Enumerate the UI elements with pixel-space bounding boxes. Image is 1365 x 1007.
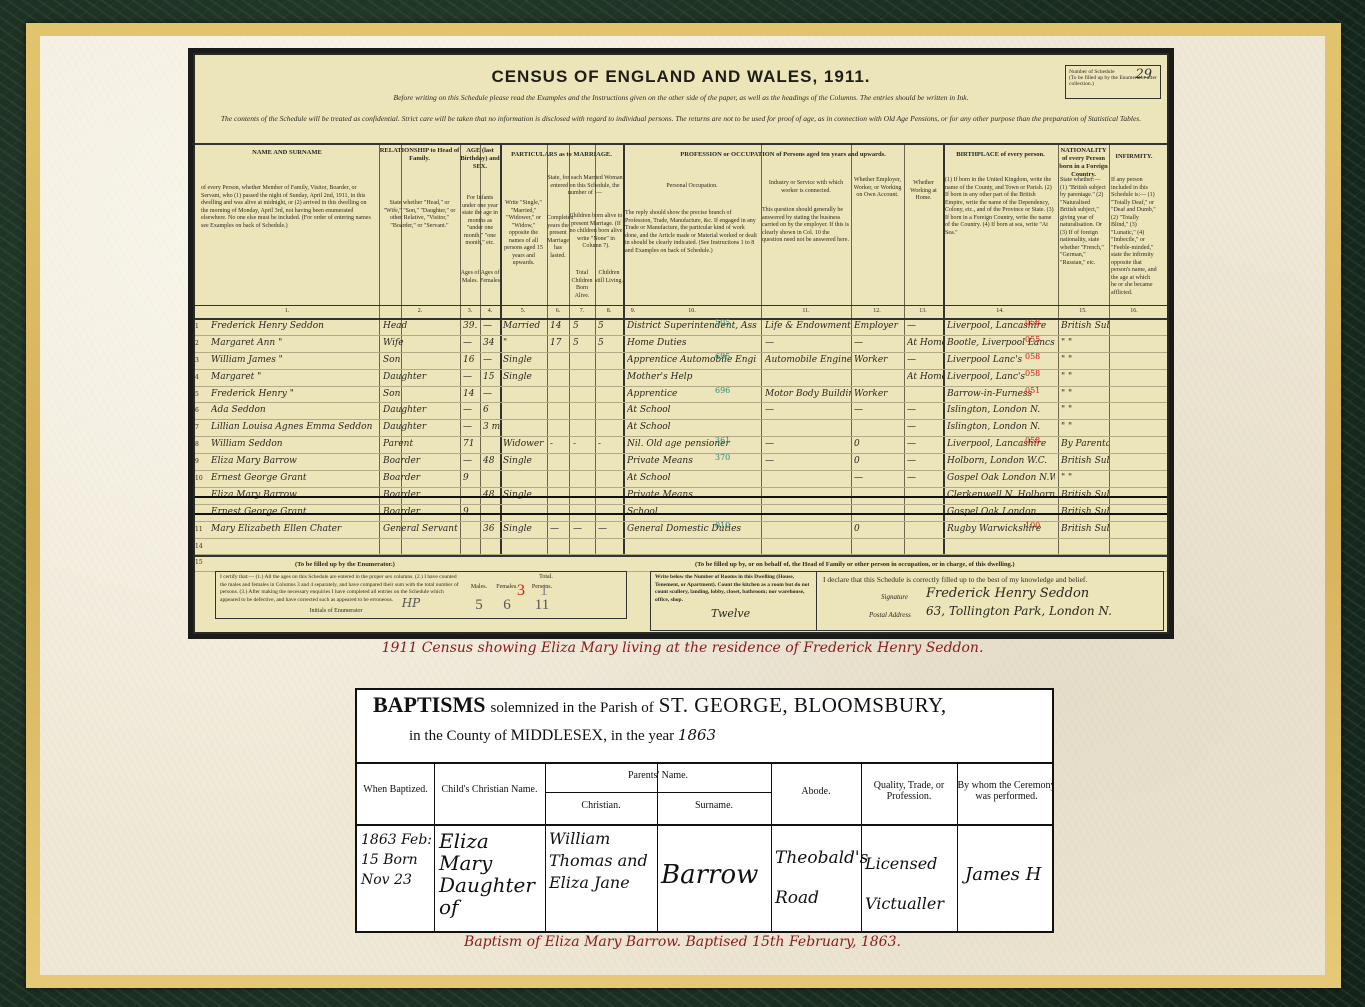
baptism-subheading: in the County of MIDDLESEX, in the year …: [409, 726, 716, 745]
cell-birth_code: 058: [1025, 352, 1040, 361]
rooms-count: Twelve: [711, 610, 750, 618]
cell-industry: —: [765, 439, 851, 449]
cell-occ: Apprentice: [627, 389, 757, 399]
cell-marital: ": [503, 338, 547, 348]
column-number: 11.: [800, 308, 812, 314]
cell-male: —: [463, 456, 481, 466]
cell-female: 6: [483, 405, 501, 415]
cell-name: Eliza Mary Barrow: [211, 490, 379, 500]
census-intro: Before writing on this Schedule please r…: [195, 93, 1167, 102]
cell-marital: Single: [503, 524, 547, 534]
cell-marital: Married: [503, 321, 547, 331]
census-row: 3William James "Son16—SingleApprentice A…: [195, 353, 1167, 370]
cell-name: Ada Seddon: [211, 405, 379, 415]
cell-birth: Islington, London N.: [947, 422, 1055, 432]
cell-male: 9: [463, 507, 481, 517]
cell-occ_code: 695: [715, 352, 730, 361]
census-rows: 1Frederick Henry SeddonHead39.—Married14…: [195, 319, 1167, 572]
census-row: 1Frederick Henry SeddonHead39.—Married14…: [195, 319, 1167, 336]
cell-home: —: [907, 355, 943, 365]
cell-home: —: [907, 321, 943, 331]
cell-rel: Wife: [383, 338, 459, 348]
cell-industry: Motor Body Building: [765, 389, 851, 399]
head-declaration-box: Write below the Number of Rooms in this …: [650, 571, 1164, 631]
cell-total: -: [573, 439, 595, 449]
cell-name: Frederick Henry Seddon: [211, 321, 379, 331]
baptism-table: When Baptized. Child's Christian Name. P…: [357, 762, 1052, 931]
cell-rel: Boarder: [383, 473, 459, 483]
cell-male: 14: [463, 389, 481, 399]
cell-living: 5: [598, 338, 622, 348]
cell-industry: —: [765, 338, 851, 348]
cell-emp: —: [854, 473, 904, 483]
cell-n: 9: [195, 458, 209, 465]
cell-rel: Son: [383, 389, 459, 399]
header-infirmity: INFIRMITY.: [1109, 153, 1159, 161]
cell-n: 7: [195, 424, 209, 431]
cell-total: 5: [573, 321, 595, 331]
header-nationality: NATIONALITY of every Person born in a Fo…: [1058, 147, 1109, 179]
cell-male: 16: [463, 355, 481, 365]
cell-yrs: —: [550, 524, 568, 534]
cell-nat: British Subject by parentage: [1061, 524, 1109, 534]
cell-industry: Life & Endowment Assurance: [765, 321, 851, 331]
cell-male: —: [463, 405, 481, 415]
census-footer: (To be filled up by the Enumerator.) I c…: [195, 555, 1167, 632]
cell-female: 15: [483, 372, 501, 382]
cell-birth_code: 058: [1025, 436, 1040, 445]
cell-nat: British Subject: [1061, 507, 1109, 517]
cell-emp: 0: [854, 456, 904, 466]
cell-nat: " ": [1061, 338, 1109, 348]
cell-rel: Boarder: [383, 456, 459, 466]
census-row: Eliza Mary BarrowBoarder48SinglePrivate …: [195, 488, 1167, 505]
cell-occ: School: [627, 507, 757, 517]
cell-n: 1: [195, 323, 209, 330]
column-number: 6.: [552, 308, 564, 314]
column-number: 10.: [686, 308, 698, 314]
cell-rel: Parent: [383, 439, 459, 449]
column-number: 16.: [1128, 308, 1140, 314]
cell-marital: Widower: [503, 439, 547, 449]
column-number: 13.: [917, 308, 929, 314]
cell-female: —: [483, 355, 501, 365]
cell-nat: British Subject: [1061, 490, 1109, 500]
column-number: 14.: [994, 308, 1006, 314]
cell-emp: 0: [854, 439, 904, 449]
cell-occ_code: 370: [715, 453, 730, 462]
cell-rel: Head: [383, 321, 459, 331]
cell-home: —: [907, 422, 943, 432]
cell-occ_code: 010: [715, 521, 730, 530]
census-table: NAME AND SURNAME of every Person, whethe…: [195, 143, 1167, 557]
cell-rel: Daughter: [383, 405, 459, 415]
cell-rel: Daughter: [383, 422, 459, 432]
column-number: 3.: [464, 308, 476, 314]
census-image: CENSUS OF ENGLAND AND WALES, 1911. Befor…: [188, 48, 1174, 639]
cell-occ: At School: [627, 405, 757, 415]
cell-occ: Apprentice Automobile Engineering: [627, 355, 757, 365]
gold-frame: CENSUS OF ENGLAND AND WALES, 1911. Befor…: [26, 23, 1341, 988]
census-row: 9Eliza Mary BarrowBoarder—48SinglePrivat…: [195, 454, 1167, 471]
cell-occ: At School: [627, 473, 757, 483]
cell-name: Margaret ": [211, 372, 379, 382]
cell-birth_code: 058: [1025, 318, 1040, 327]
cell-yrs: -: [550, 439, 568, 449]
cell-total: 5: [573, 338, 595, 348]
cell-occ_code: 696: [715, 386, 730, 395]
cell-birth_code: 055: [1025, 335, 1040, 344]
column-number: 7.: [576, 308, 588, 314]
baptism-register-image: BAPTISMS solemnized in the Parish of ST.…: [355, 688, 1054, 933]
cell-occ: Private Means: [627, 456, 757, 466]
cell-total: —: [573, 524, 595, 534]
census-row: 6Ada SeddonDaughter—6At School———Islingt…: [195, 403, 1167, 420]
cell-name: Ernest George Grant: [211, 473, 379, 483]
baptism-date: 1863 Feb: 15 Born Nov 23: [361, 830, 433, 890]
cell-industry: —: [765, 405, 851, 415]
header-name: NAME AND SURNAME: [195, 149, 379, 157]
cell-yrs: 14: [550, 321, 568, 331]
cell-industry: Automobile Engineering: [765, 355, 851, 365]
cell-nat: " ": [1061, 355, 1109, 365]
cell-birth: Holborn, London W.C.: [947, 456, 1055, 466]
cell-birth: Islington, London N.: [947, 405, 1055, 415]
cell-rel: Son: [383, 355, 459, 365]
cell-n: 3: [195, 357, 209, 364]
census-row: 10Ernest George GrantBoarder9At School——…: [195, 471, 1167, 488]
cell-occ_code: 505: [715, 318, 730, 327]
census-row: 11Mary Elizabeth Ellen ChaterGeneral Ser…: [195, 522, 1167, 539]
cell-nat: " ": [1061, 422, 1109, 432]
cell-female: 48: [483, 456, 501, 466]
cell-name: Frederick Henry ": [211, 389, 379, 399]
cell-n: 8: [195, 441, 209, 448]
cell-marital: Single: [503, 355, 547, 365]
cell-birth: Gospel Oak London N.W.: [947, 473, 1055, 483]
cell-female: —: [483, 321, 501, 331]
total-males: 5: [466, 596, 492, 614]
cell-emp: —: [854, 338, 904, 348]
postal-address: 63, Tollington Park, London N.: [926, 608, 1112, 616]
cell-name: Margaret Ann ": [211, 338, 379, 348]
column-number: 1.: [281, 308, 293, 314]
cell-birth: Clerkenwell N. Holborn: [947, 490, 1055, 500]
cell-marital: Single: [503, 372, 547, 382]
column-number: 8.: [603, 308, 615, 314]
cell-female: 48: [483, 490, 501, 500]
cell-name: Lillian Louisa Agnes Emma Seddon: [211, 422, 379, 432]
child-name: Eliza Mary Daughter of: [439, 830, 543, 918]
cell-rel: Daughter: [383, 372, 459, 382]
column-number: 9.: [627, 308, 639, 314]
schedule-number: 29: [1135, 67, 1152, 82]
cell-female: 36: [483, 524, 501, 534]
cell-occ_code: 361: [715, 436, 730, 445]
census-confidential-note: The contents of the Schedule will be tre…: [205, 113, 1157, 124]
cell-rel: Boarder: [383, 490, 459, 500]
cell-name: William Seddon: [211, 439, 379, 449]
parents-christian: William Thomas and Eliza Jane: [549, 828, 655, 894]
cell-name: Eliza Mary Barrow: [211, 456, 379, 466]
cell-living: 5: [598, 321, 622, 331]
cell-rel: General Servant: [383, 524, 459, 534]
cell-living: -: [598, 439, 622, 449]
cell-female: 34: [483, 338, 501, 348]
column-number: 12.: [871, 308, 883, 314]
census-row: Ernest George GrantBoarder9SchoolGospel …: [195, 505, 1167, 522]
cell-occ: Private Means: [627, 490, 757, 500]
cell-n: 11: [195, 526, 209, 533]
column-number: 2.: [414, 308, 426, 314]
cell-occ: District Superintendent, Assurance: [627, 321, 757, 331]
cell-female: —: [483, 389, 501, 399]
census-row: 8William SeddonParent71Widower---Nil. Ol…: [195, 437, 1167, 454]
cell-home: —: [907, 456, 943, 466]
cell-marital: Single: [503, 456, 547, 466]
census-title: CENSUS OF ENGLAND AND WALES, 1911.: [195, 67, 1167, 87]
officiant: James H: [965, 864, 1054, 886]
cell-n: 4: [195, 374, 209, 381]
cell-nat: By Parentage British Subject: [1061, 439, 1109, 449]
header-marriage: PARTICULARS as to MARRIAGE.: [500, 151, 623, 159]
cell-female: 3 months: [483, 422, 501, 432]
column-number-row: 1.2.3.4.5.6.7.8.9.10.11.12.13.14.15.16.: [195, 305, 1167, 320]
cell-emp: 0: [854, 524, 904, 534]
cell-n: 14: [195, 543, 209, 550]
cell-nat: British Subject by parentage: [1061, 456, 1109, 466]
cell-n: 6: [195, 407, 209, 414]
cell-home: At Home: [907, 372, 943, 382]
cell-occ: Home Duties: [627, 338, 757, 348]
census-row: 7Lillian Louisa Agnes Emma SeddonDaughte…: [195, 420, 1167, 437]
cell-birth_code: 100: [1025, 521, 1040, 530]
cell-home: —: [907, 405, 943, 415]
cell-n: 10: [195, 475, 209, 482]
cell-name: Mary Elizabeth Ellen Chater: [211, 524, 379, 534]
cell-male: —: [463, 422, 481, 432]
column-number: 4.: [484, 308, 496, 314]
cell-name: Ernest George Grant: [211, 507, 379, 517]
cell-birth_code: 051: [1025, 386, 1040, 395]
cell-birth_code: 058: [1025, 369, 1040, 378]
cell-home: —: [907, 439, 943, 449]
column-number: 5.: [517, 308, 529, 314]
abode: Theobald's Road: [775, 838, 859, 918]
cell-rel: Boarder: [383, 507, 459, 517]
census-caption: 1911 Census showing Eliza Mary living at…: [40, 640, 1325, 656]
cell-n: 5: [195, 391, 209, 398]
cell-name: William James ": [211, 355, 379, 365]
cell-nat: " ": [1061, 473, 1109, 483]
cell-home: —: [907, 473, 943, 483]
census-row: 14: [195, 539, 1167, 556]
cell-nat: " ": [1061, 405, 1109, 415]
cell-emp: Worker: [854, 389, 904, 399]
cell-male: 39.: [463, 321, 481, 331]
header-profession: PROFESSION or OCCUPATION of Persons aged…: [623, 151, 943, 159]
cell-occ: General Domestic Duties: [627, 524, 757, 534]
cell-male: 71: [463, 439, 481, 449]
cell-marital: Single: [503, 490, 547, 500]
cell-male: —: [463, 372, 481, 382]
parents-surname: Barrow: [661, 864, 769, 886]
cell-nat: British Subject: [1061, 321, 1109, 331]
column-number: 15.: [1077, 308, 1089, 314]
cell-male: —: [463, 338, 481, 348]
cell-living: —: [598, 524, 622, 534]
census-form: CENSUS OF ENGLAND AND WALES, 1911. Befor…: [193, 53, 1169, 634]
cell-occ: Nil. Old age pensioner: [627, 439, 757, 449]
cell-industry: —: [765, 456, 851, 466]
cell-n: 2: [195, 340, 209, 347]
cell-home: At Home: [907, 338, 943, 348]
schedule-number-box: Number of Schedule (To be filled up by t…: [1065, 65, 1161, 99]
cell-emp: Worker: [854, 355, 904, 365]
cell-emp: Employer: [854, 321, 904, 331]
head-signature: Frederick Henry Seddon: [926, 590, 1089, 598]
header-age: AGE (last Birthday) and SEX.: [460, 147, 500, 171]
cell-nat: " ": [1061, 372, 1109, 382]
parchment-panel: CENSUS OF ENGLAND AND WALES, 1911. Befor…: [40, 36, 1325, 975]
cell-occ: Mother's Help: [627, 372, 757, 382]
cell-occ: At School: [627, 422, 757, 432]
census-row: 5Frederick Henry "Son14—ApprenticeMotor …: [195, 387, 1167, 404]
baptism-heading: BAPTISMS solemnized in the Parish of ST.…: [373, 692, 947, 718]
cell-birth: Gospel Oak London: [947, 507, 1055, 517]
baptism-caption: Baptism of Eliza Mary Barrow. Baptised 1…: [40, 934, 1325, 950]
header-relationship: RELATIONSHIP to Head of Family.: [379, 147, 460, 163]
census-row: 2Margaret Ann "Wife—34"1755Home Duties——…: [195, 336, 1167, 353]
header-birthplace: BIRTHPLACE of every person.: [943, 151, 1058, 159]
cell-emp: —: [854, 405, 904, 415]
cell-male: 9: [463, 473, 481, 483]
enumerator-box: I certify that:— (1.) All the ages on th…: [215, 571, 627, 619]
census-row: 4Margaret "Daughter—15SingleMother's Hel…: [195, 370, 1167, 387]
quality-trade: Licensed Victualler: [865, 844, 955, 924]
cell-nat: " ": [1061, 389, 1109, 399]
enumerator-initials: HP: [396, 600, 426, 608]
cell-yrs: 17: [550, 338, 568, 348]
